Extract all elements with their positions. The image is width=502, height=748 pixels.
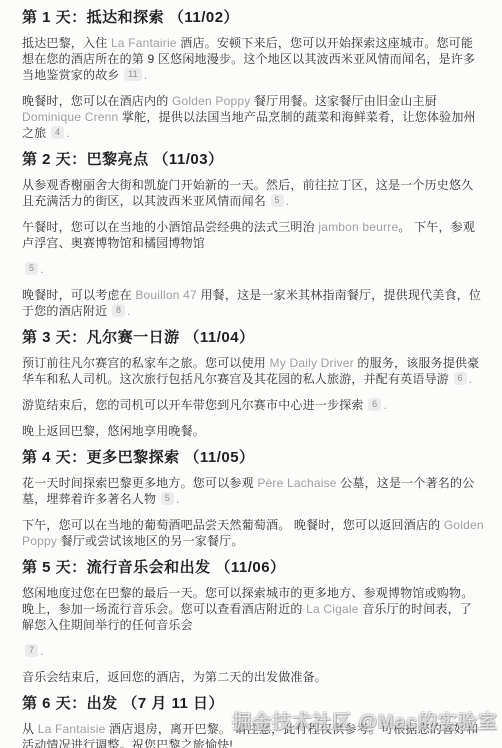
text-run: 餐厅用餐。这家餐厅由旧金山主厨 <box>250 94 437 108</box>
paragraph: 从参观香榭丽舍大街和凯旋门开始新的一天。然后，前往拉丁区，这是一个历史悠久且充满… <box>22 177 484 209</box>
citation-period: . <box>176 492 180 506</box>
paragraph: 晚餐时，可以考虑在 Bouillon 47 用餐，这是一家米其林指南餐厅，提供现… <box>22 287 484 319</box>
text-run: 花一天时间探索巴黎更多地方。您可以参观 <box>22 476 257 490</box>
day-heading: 第 1 天：抵达和探索 （11/02） <box>22 9 484 27</box>
text-run: 晚上返回巴黎，悠闲地享用晚餐。 <box>22 424 205 438</box>
latin-term: Bouillon 47 <box>135 288 197 302</box>
text-run: 下午，您可以在当地的葡萄酒吧品尝天然葡萄酒。 晚餐时，您可以返回酒店的 <box>22 518 444 532</box>
text-run: 游览结束后，您的司机可以开车带您到凡尔赛市中心进一步探索 <box>22 398 367 412</box>
latin-term: My Daily Driver <box>270 356 354 370</box>
citation-period: . <box>144 68 148 82</box>
day-section: 第 2 天：巴黎亮点 （11/03） 从参观香榭丽舍大街和凯旋门开始新的一天。然… <box>22 151 484 319</box>
text-run: 晚餐时，可以考虑在 <box>22 288 135 302</box>
day-heading: 第 5 天：流行音乐会和出发 （11/06） <box>22 559 484 577</box>
citation-badge[interactable]: 6 <box>454 372 467 385</box>
day-heading: 第 6 天：出发 （7 月 11 日） <box>22 695 484 713</box>
citation-badge[interactable]: 5 <box>161 492 174 505</box>
latin-term: La Fantairie <box>111 36 177 50</box>
citation-badge[interactable]: 11 <box>124 68 142 81</box>
paragraph: 花一天时间探索巴黎更多地方。您可以参观 Père Lachaise 公墓，这是一… <box>22 475 484 507</box>
day-section: 第 4 天：更多巴黎探索 （11/05） 花一天时间探索巴黎更多地方。您可以参观… <box>22 449 484 549</box>
latin-term: La Fantaisie <box>38 722 106 736</box>
itinerary-document: 第 1 天：抵达和探索 （11/02） 抵达巴黎，入住 La Fantairie… <box>0 0 502 748</box>
paragraph: 抵达巴黎，入住 La Fantairie 酒店。安顿下来后，您可以开始探索这座城… <box>22 35 484 83</box>
citation-badge[interactable]: 5 <box>271 194 284 207</box>
day-section: 第 1 天：抵达和探索 （11/02） 抵达巴黎，入住 La Fantairie… <box>22 9 484 141</box>
citation-line: 5. <box>24 261 484 277</box>
latin-term: La Cigale <box>306 602 359 616</box>
day-section: 第 3 天：凡尔赛一日游 （11/04） 预订前往凡尔赛宫的私家车之旅。您可以使… <box>22 329 484 439</box>
paragraph: 晚上返回巴黎，悠闲地享用晚餐。 <box>22 423 484 439</box>
citation-badge[interactable]: 8 <box>112 304 125 317</box>
citation-period: . <box>383 398 387 412</box>
latin-term: Père Lachaise <box>257 476 336 490</box>
text-run: 从 <box>22 722 38 736</box>
citation-line: 7. <box>24 643 484 659</box>
paragraph: 午餐时，您可以在当地的小酒馆品尝经典的法式三明治 jambon beurre。 … <box>22 219 484 251</box>
paragraph: 游览结束后，您的司机可以开车带您到凡尔赛市中心进一步探索 6. <box>22 397 484 413</box>
citation-badge[interactable]: 5 <box>25 262 38 275</box>
citation-badge[interactable]: 4 <box>51 126 64 139</box>
paragraph: 预订前往凡尔赛宫的私家车之旅。您可以使用 My Daily Driver 的服务… <box>22 355 484 387</box>
citation-period: . <box>469 372 473 386</box>
latin-term: Golden Poppy <box>172 94 250 108</box>
citation-period: . <box>66 126 70 140</box>
text-run: 音乐会结束后，返回您的酒店，为第二天的出发做准备。 <box>22 670 327 684</box>
citation-badge[interactable]: 6 <box>368 398 381 411</box>
text-run: 抵达巴黎，入住 <box>22 36 111 50</box>
sections-container: 第 1 天：抵达和探索 （11/02） 抵达巴黎，入住 La Fantairie… <box>22 9 484 748</box>
latin-term: jambon beurre <box>318 220 398 234</box>
text-run: 餐厅或尝试该地区的另一家餐厅。 <box>57 534 244 548</box>
day-section: 第 5 天：流行音乐会和出发 （11/06） 悠闲地度过您在巴黎的最后一天。您可… <box>22 559 484 685</box>
text-run: 午餐时，您可以在当地的小酒馆品尝经典的法式三明治 <box>22 220 318 234</box>
paragraph: 晚餐时，您可以在酒店内的 Golden Poppy 餐厅用餐。这家餐厅由旧金山主… <box>22 93 484 141</box>
text-run: 预订前往凡尔赛宫的私家车之旅。您可以使用 <box>22 356 270 370</box>
day-heading: 第 4 天：更多巴黎探索 （11/05） <box>22 449 484 467</box>
day-section: 第 6 天：出发 （7 月 11 日） 从 La Fantaisie 酒店退房，… <box>22 695 484 748</box>
text-run: 晚餐时，您可以在酒店内的 <box>22 94 172 108</box>
paragraph: 从 La Fantaisie 酒店退房，离开巴黎。 请注意，此行程仅供参考。可根… <box>22 721 484 748</box>
paragraph: 悠闲地度过您在巴黎的最后一天。您可以探索城市的更多地方、参观博物馆或购物。 晚上… <box>22 585 484 633</box>
latin-term: Dominique Crenn <box>22 110 118 124</box>
citation-badge[interactable]: 7 <box>25 644 38 657</box>
paragraph: 下午，您可以在当地的葡萄酒吧品尝天然葡萄酒。 晚餐时，您可以返回酒店的 Gold… <box>22 517 484 549</box>
citation-period: . <box>127 304 131 318</box>
citation-period: . <box>40 644 44 658</box>
text-run: 从参观香榭丽舍大街和凯旋门开始新的一天。然后，前往拉丁区，这是一个历史悠久且充满… <box>22 178 473 208</box>
paragraph: 音乐会结束后，返回您的酒店，为第二天的出发做准备。 <box>22 669 484 685</box>
day-heading: 第 2 天：巴黎亮点 （11/03） <box>22 151 484 169</box>
day-heading: 第 3 天：凡尔赛一日游 （11/04） <box>22 329 484 347</box>
citation-period: . <box>40 262 44 276</box>
citation-period: . <box>286 194 290 208</box>
